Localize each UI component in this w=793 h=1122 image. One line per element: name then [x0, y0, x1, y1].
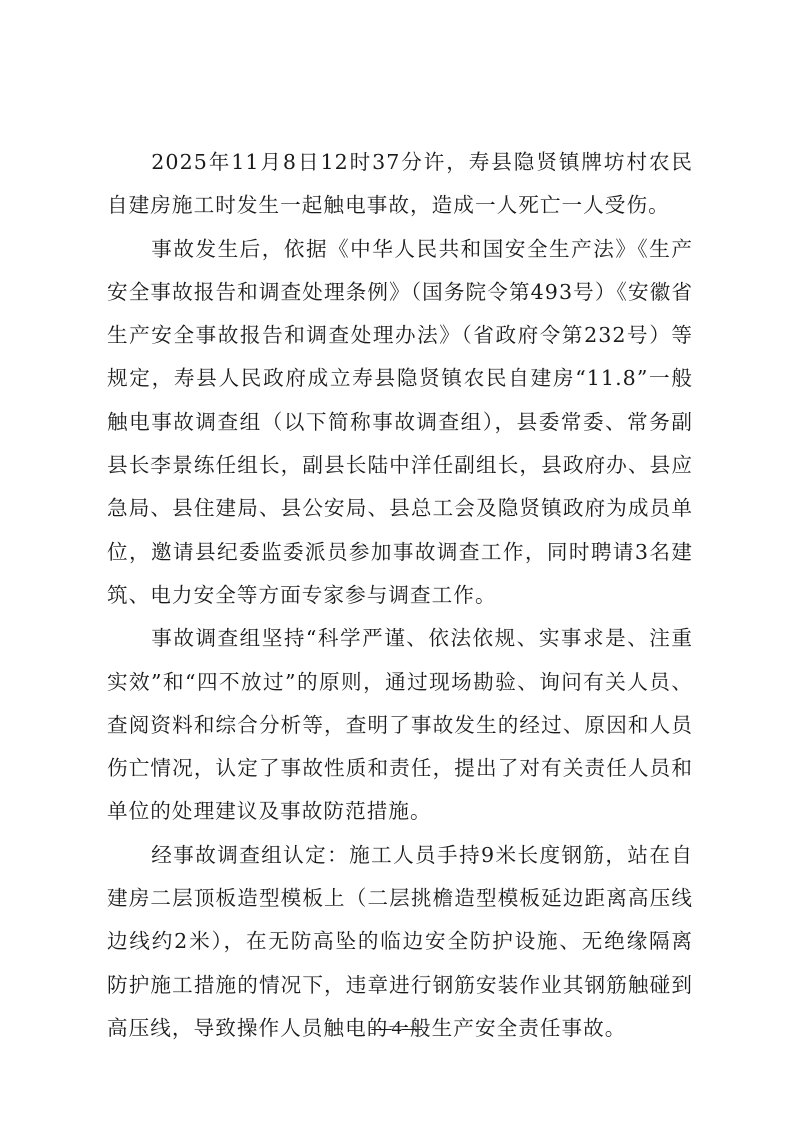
page-number: —4— [0, 1014, 793, 1042]
paragraph-incident-summary: 2025年11月8日12时37分许，寿县隐贤镇牌坊村农民自建房施工时发生一起触电… [107, 141, 693, 228]
paragraph-investigation-team: 事故发生后，依据《中华人民共和国安全生产法》《生产安全事故报告和调查处理条例》（… [107, 228, 693, 618]
paragraph-investigation-principles: 事故调查组坚持“科学严谨、依法依规、实事求是、注重实效”和“四不放过”的原则，通… [107, 617, 693, 833]
document-body: 2025年11月8日12时37分许，寿县隐贤镇牌坊村农民自建房施工时发生一起触电… [107, 141, 693, 1050]
